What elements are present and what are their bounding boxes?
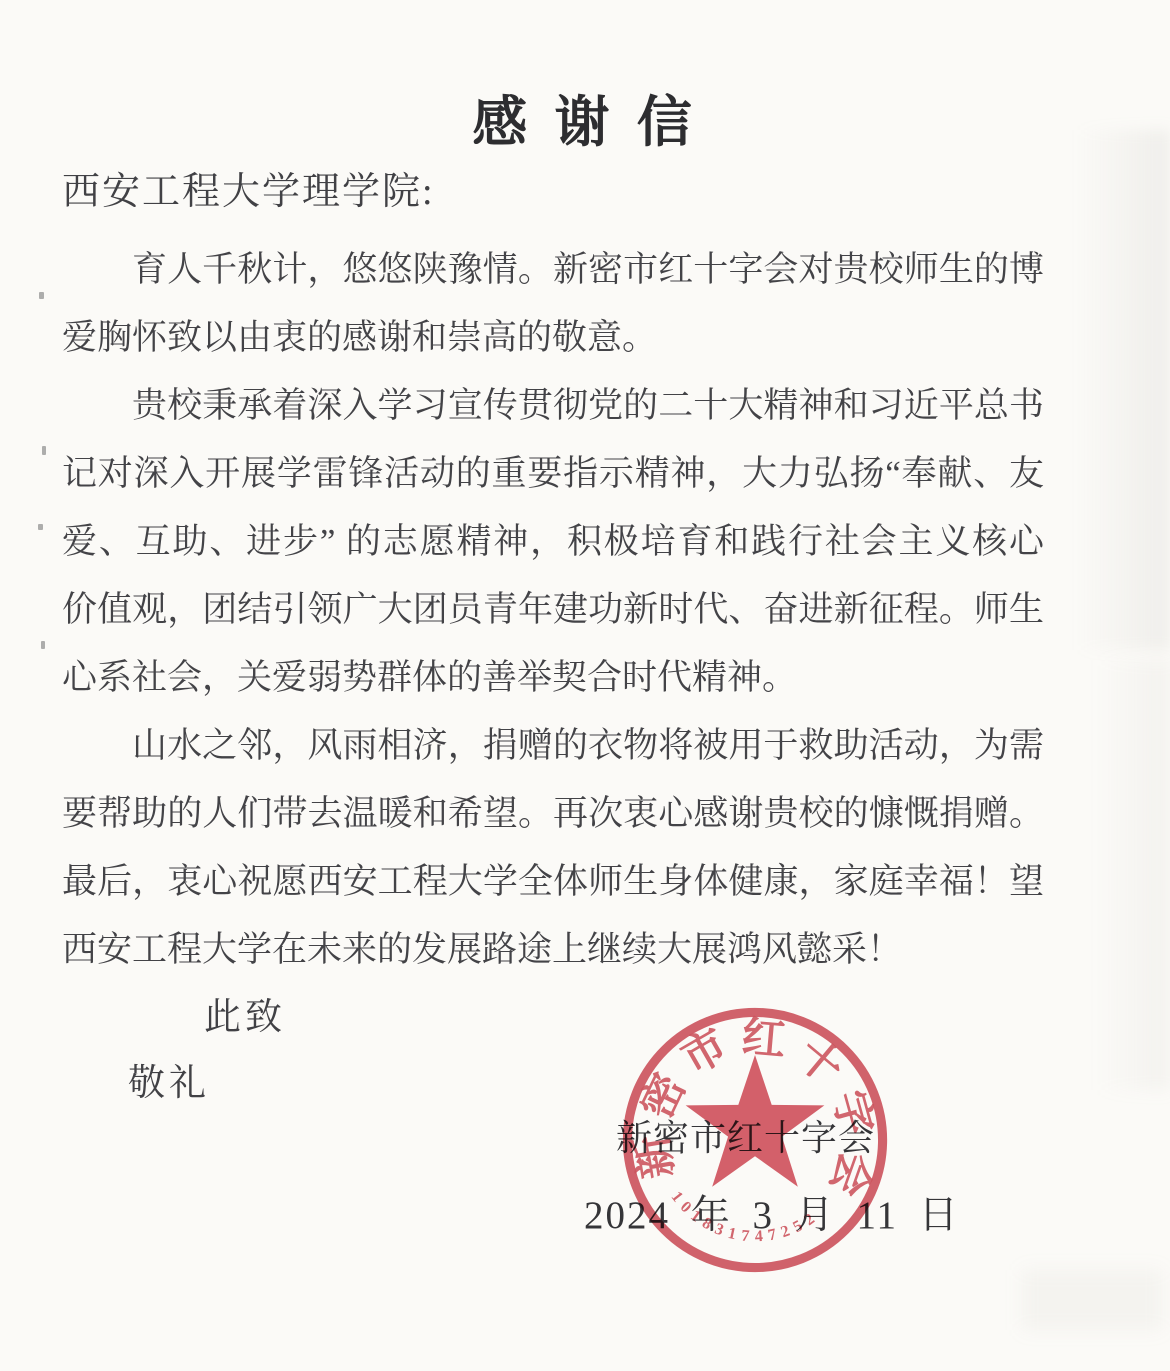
body-line: 爱胸怀致以由衷的感谢和崇高的敬意。	[62, 304, 1044, 372]
body-line: 最后，衷心祝愿西安工程大学全体师生身体健康，家庭幸福！望	[62, 848, 1044, 916]
body-line: 记对深入开展学雷锋活动的重要指示精神，大力弘扬“奉献、友	[62, 440, 1044, 508]
scan-speck	[38, 524, 43, 530]
stamp-serial-number: 101831747252	[668, 1188, 823, 1246]
body-line: 心系社会，关爱弱势群体的善举契合时代精神。	[62, 644, 1044, 712]
body-line: 育人千秋计，悠悠陕豫情。新密市红十字会对贵校师生的博	[62, 236, 1044, 304]
letter-salutation: 西安工程大学理学院:	[62, 160, 435, 215]
scan-speck	[39, 292, 44, 299]
body-line: 要帮助的人们带去温暖和希望。再次衷心感谢贵校的慷慨捐赠。	[62, 780, 1044, 848]
body-line: 价值观，团结引领广大团员青年建功新时代、奋进新征程。师生	[62, 576, 1044, 644]
body-line: 爱、互助、进步” 的志愿精神，积极培育和践行社会主义核心	[62, 508, 1044, 576]
scan-streak	[1022, 1270, 1162, 1330]
body-line: 西安工程大学在未来的发展路途上继续大展鸿风懿采！	[62, 916, 1044, 984]
body-line: 贵校秉承着深入学习宣传贯彻党的二十大精神和习近平总书	[62, 372, 1044, 440]
scan-streak	[1075, 130, 1170, 650]
closing-cizhi: 此致	[204, 986, 286, 1040]
letter-body: 育人千秋计，悠悠陕豫情。新密市红十字会对贵校师生的博 爱胸怀致以由衷的感谢和崇高…	[62, 236, 1044, 984]
scan-speck	[41, 641, 45, 649]
scan-speck	[42, 446, 46, 455]
body-line: 山水之邻，风雨相济，捐赠的衣物将被用于救助活动，为需	[62, 712, 1044, 780]
red-seal-stamp: 新密市红十字会 101831747252	[593, 978, 917, 1302]
letter-title: 感 谢 信	[0, 78, 1170, 157]
scan-streak	[1095, 660, 1170, 1090]
closing-jingli: 敬礼	[128, 1052, 210, 1106]
scanned-letter-page: 感 谢 信 西安工程大学理学院: 育人千秋计，悠悠陕豫情。新密市红十字会对贵校师…	[0, 0, 1170, 1371]
